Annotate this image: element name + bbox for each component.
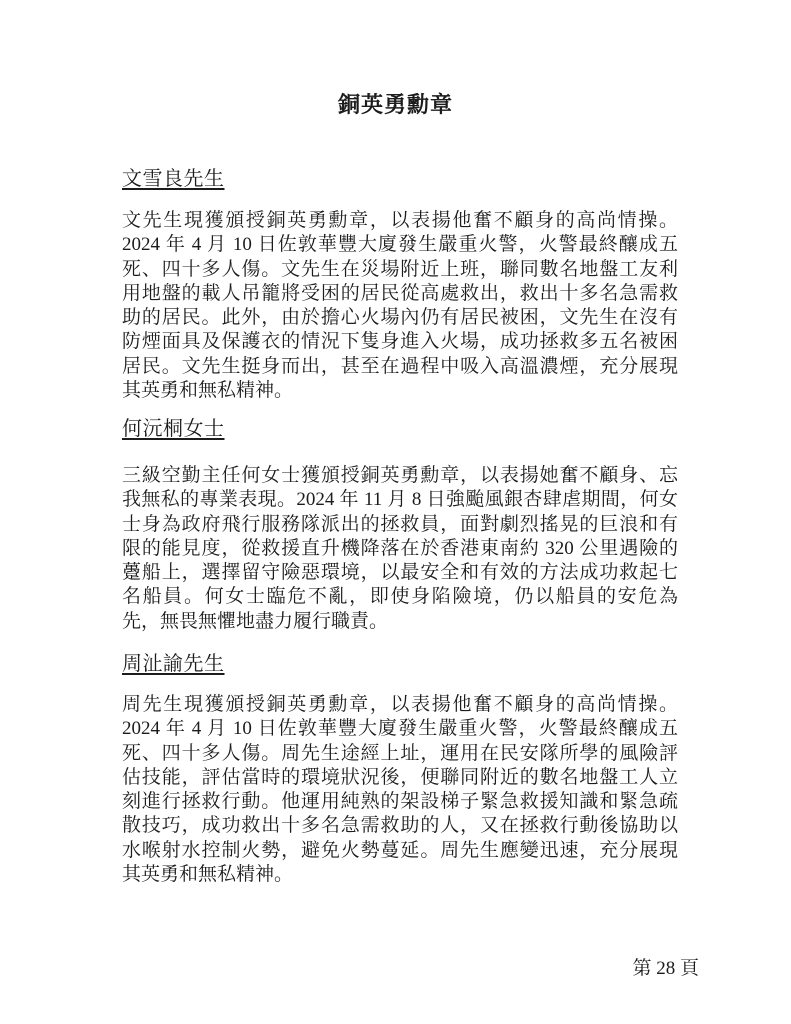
document-page: 銅英勇勳章 文雪良先生文先生現獲頒授銅英勇勳章，以表揚他奮不顧身的高尚情操。20… — [0, 0, 791, 1024]
paragraph-line: 周先生現獲頒授銅英勇勳章，以表揚他奮不顧身的高尚情操。 — [122, 693, 678, 717]
section-paragraph: 周先生現獲頒授銅英勇勳章，以表揚他奮不顧身的高尚情操。2024 年 4 月 10… — [122, 693, 678, 887]
paragraph-line: 文先生現獲頒授銅英勇勳章，以表揚他奮不顧身的高尚情操。 — [122, 209, 678, 233]
paragraph-line: 其英勇和無私精神。 — [122, 379, 678, 403]
section-heading: 何沅桐女士 — [122, 417, 225, 441]
paragraph-line: 我無私的專業表現。2024 年 11 月 8 日強颱風銀杏肆虐期間，何女 — [122, 488, 678, 512]
section-paragraph: 文先生現獲頒授銅英勇勳章，以表揚他奮不顧身的高尚情操。2024 年 4 月 10… — [122, 209, 678, 403]
section-heading: 文雪良先生 — [122, 167, 225, 191]
paragraph-line: 刻進行拯救行動。他運用純熟的架設梯子緊急救援知識和緊急疏 — [122, 790, 678, 814]
paragraph-line: 士身為政府飛行服務隊派出的拯救員，面對劇烈搖晃的巨浪和有 — [122, 513, 678, 537]
paragraph-line: 估技能，評估當時的環境狀況後，便聯同附近的數名地盤工人立 — [122, 766, 678, 790]
section-paragraph: 三級空勤主任何女士獲頒授銅英勇勳章，以表揚她奮不顧身、忘我無私的專業表現。202… — [122, 464, 678, 634]
paragraph-line: 水喉射水控制火勢，避免火勢蔓延。周先生應變迅速，充分展現 — [122, 839, 678, 863]
paragraph-line: 2024 年 4 月 10 日佐敦華豐大廈發生嚴重火警，火警最終釀成五 — [122, 717, 678, 741]
paragraph-line: 助的居民。此外，由於擔心火場內仍有居民被困，文先生在沒有 — [122, 306, 678, 330]
paragraph-line: 防煙面具及保護衣的情況下隻身進入火場，成功拯救多五名被困 — [122, 330, 678, 354]
paragraph-line: 2024 年 4 月 10 日佐敦華豐大廈發生嚴重火警，火警最終釀成五 — [122, 233, 678, 257]
page-number: 第 28 頁 — [632, 958, 699, 980]
paragraph-line: 死、四十多人傷。文先生在災場附近上班，聯同數名地盤工友利 — [122, 258, 678, 282]
section-heading: 周沚諭先生 — [122, 652, 225, 676]
paragraph-line: 先，無畏無懼地盡力履行職責。 — [122, 610, 678, 634]
paragraph-line: 用地盤的載人吊籠將受困的居民從高處救出，救出十多名急需救 — [122, 282, 678, 306]
document-body: 文雪良先生文先生現獲頒授銅英勇勳章，以表揚他奮不顧身的高尚情操。2024 年 4… — [122, 0, 678, 1024]
paragraph-line: 居民。文先生挺身而出，甚至在過程中吸入高溫濃煙，充分展現 — [122, 355, 678, 379]
paragraph-line: 三級空勤主任何女士獲頒授銅英勇勳章，以表揚她奮不顧身、忘 — [122, 464, 678, 488]
paragraph-line: 名船員。何女士臨危不亂，即使身陷險境，仍以船員的安危為 — [122, 585, 678, 609]
paragraph-line: 其英勇和無私精神。 — [122, 863, 678, 887]
paragraph-line: 死、四十多人傷。周先生途經上址，運用在民安隊所學的風險評 — [122, 742, 678, 766]
paragraph-line: 散技巧，成功救出十多名急需救助的人，又在拯救行動後協助以 — [122, 814, 678, 838]
paragraph-line: 躉船上，選擇留守險惡環境，以最安全和有效的方法成功救起七 — [122, 561, 678, 585]
paragraph-line: 限的能見度，從救援直升機降落在於香港東南約 320 公里遇險的 — [122, 537, 678, 561]
